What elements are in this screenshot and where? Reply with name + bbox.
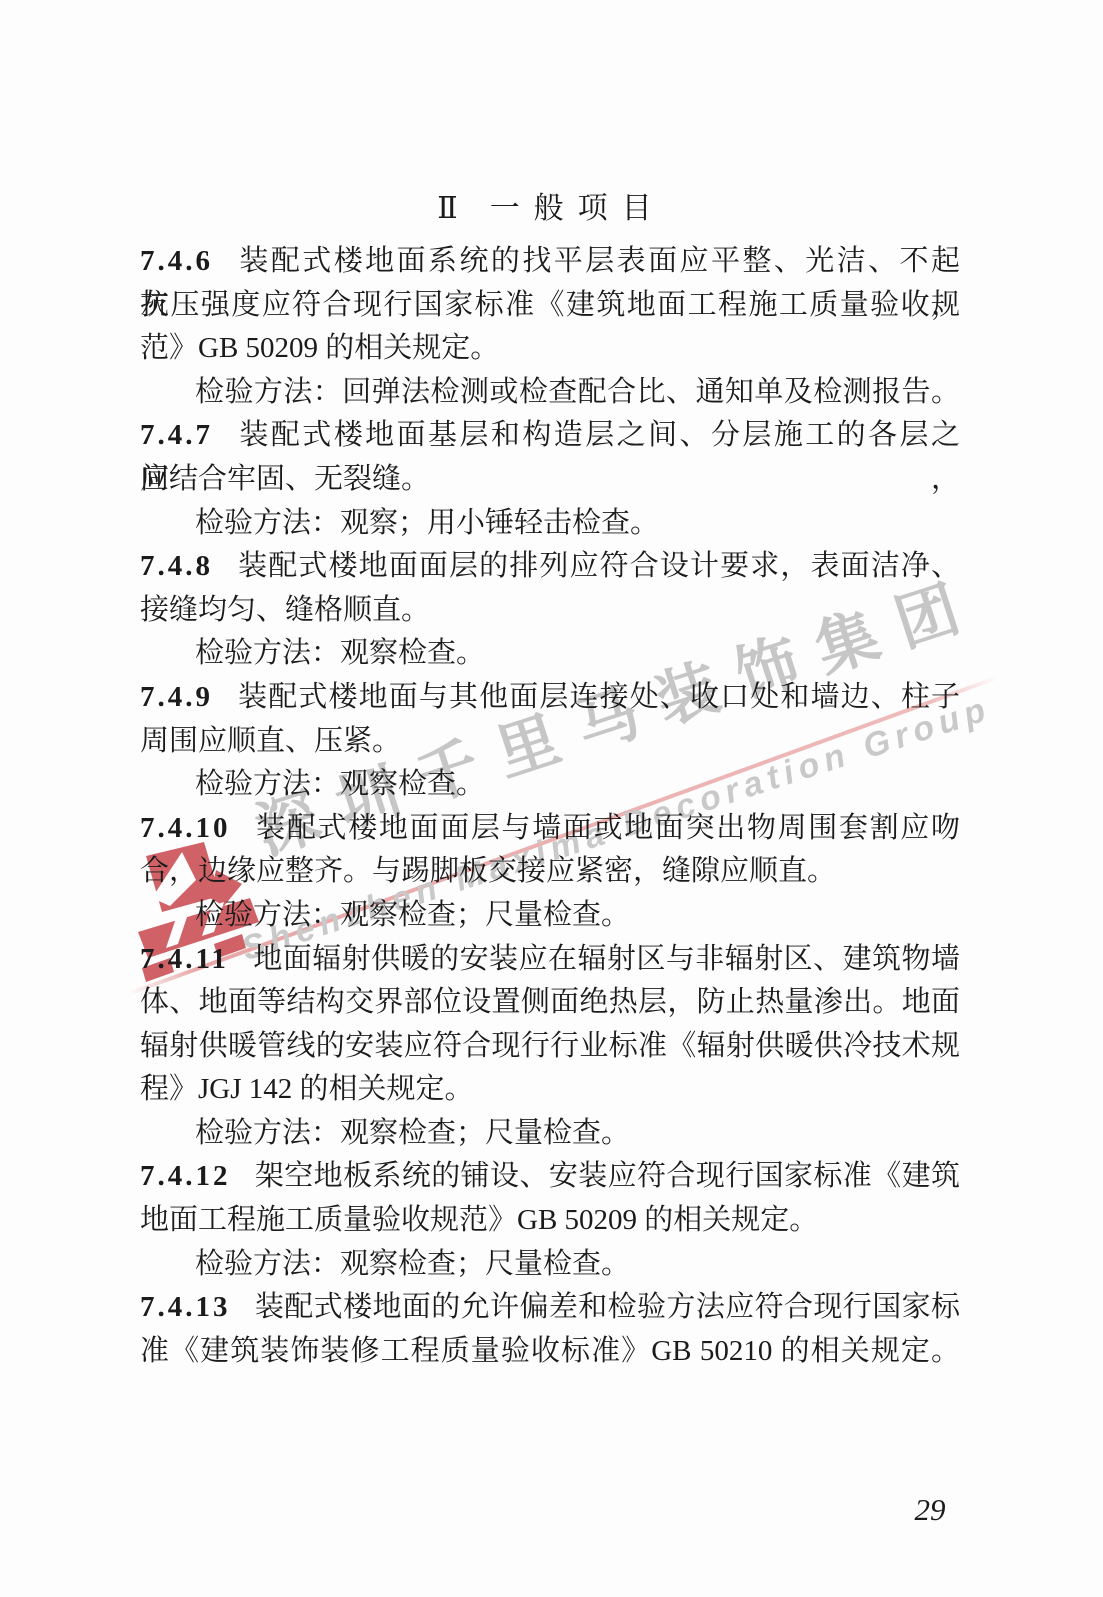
inspection-method-line: 检验方法：观察；用小锤轻击检查。 bbox=[140, 502, 960, 546]
section-numeral: Ⅱ bbox=[437, 192, 457, 225]
clause-line: 地面工程施工质量验收规范》GB 50209 的相关规定。 bbox=[140, 1199, 960, 1243]
clause-number: 7.4.9 bbox=[140, 681, 213, 713]
clause-number: 7.4.13 bbox=[140, 1291, 231, 1323]
clause-line: 程》JGJ 142 的相关规定。 bbox=[140, 1068, 960, 1112]
inspection-method-line: 检验方法：观察检查；尺量检查。 bbox=[140, 1243, 960, 1287]
clause-line: 7.4.10装配式楼地面面层与墙面或地面突出物周围套割应吻 bbox=[140, 807, 960, 851]
inspection-method-line: 检验方法：回弹法检测或检查配合比、通知单及检测报告。 bbox=[140, 371, 960, 415]
clause-line: 辐射供暖管线的安装应符合现行行业标准《辐射供暖供冷技术规 bbox=[140, 1025, 960, 1069]
section-heading: Ⅱ一般项目 bbox=[0, 191, 1103, 227]
clause-line: 周围应顺直、压紧。 bbox=[140, 720, 960, 764]
inspection-method-line: 检验方法：观察检查。 bbox=[140, 763, 960, 807]
page-number: 29 bbox=[890, 1492, 970, 1528]
clause-number: 7.4.6 bbox=[140, 245, 213, 277]
clause-text: 装配式楼地面面层与墙面或地面突出物周围套割应吻 bbox=[255, 812, 961, 844]
clause-line: 7.4.7装配式楼地面基层和构造层之间、分层施工的各层之间， bbox=[140, 414, 960, 458]
clause-line: 7.4.13装配式楼地面的允许偏差和检验方法应符合现行国家标 bbox=[140, 1286, 960, 1330]
clause-line: 7.4.6装配式楼地面系统的找平层表面应平整、光洁、不起灰， bbox=[140, 240, 960, 284]
clause-text-block: 7.4.6装配式楼地面系统的找平层表面应平整、光洁、不起灰， 抗压强度应符合现行… bbox=[140, 240, 960, 1373]
clause-line: 接缝均匀、缝格顺直。 bbox=[140, 589, 960, 633]
clause-number: 7.4.7 bbox=[140, 419, 213, 451]
inspection-method-line: 检验方法：观察检查；尺量检查。 bbox=[140, 894, 960, 938]
clause-line: 合，边缘应整齐。与踢脚板交接应紧密，缝隙应顺直。 bbox=[140, 850, 960, 894]
clause-line: 7.4.11地面辐射供暖的安装应在辐射区与非辐射区、建筑物墙 bbox=[140, 938, 960, 982]
clause-text: 地面辐射供暖的安装应在辐射区与非辐射区、建筑物墙 bbox=[253, 943, 960, 975]
clause-line: 准《建筑装饰装修工程质量验收标准》GB 50210 的相关规定。 bbox=[140, 1330, 960, 1374]
clause-line: 抗压强度应符合现行国家标准《建筑地面工程施工质量验收规 bbox=[140, 284, 960, 328]
clause-line: 7.4.9装配式楼地面与其他面层连接处、收口处和墙边、柱子 bbox=[140, 676, 960, 720]
section-title: 一般项目 bbox=[490, 192, 666, 225]
clause-text: 装配式楼地面面层的排列应符合设计要求，表面洁净、 bbox=[237, 550, 960, 582]
document-page: 深圳千里马装饰集团 Shenzhen Maxima Decoration Gro… bbox=[0, 0, 1103, 1597]
clause-line: 范》GB 50209 的相关规定。 bbox=[140, 327, 960, 371]
clause-text: 装配式楼地面的允许偏差和检验方法应符合现行国家标 bbox=[255, 1291, 961, 1323]
clause-text: 装配式楼地面与其他面层连接处、收口处和墙边、柱子 bbox=[237, 681, 960, 713]
clause-line: 7.4.12架空地板系统的铺设、安装应符合现行国家标准《建筑 bbox=[140, 1155, 960, 1199]
clause-number: 7.4.10 bbox=[140, 812, 231, 844]
inspection-method-line: 检验方法：观察检查；尺量检查。 bbox=[140, 1112, 960, 1156]
clause-line: 体、地面等结构交界部位设置侧面绝热层，防止热量渗出。地面 bbox=[140, 981, 960, 1025]
clause-text: 架空地板系统的铺设、安装应符合现行国家标准《建筑 bbox=[255, 1160, 961, 1192]
clause-number: 7.4.8 bbox=[140, 550, 213, 582]
clause-line: 7.4.8装配式楼地面面层的排列应符合设计要求，表面洁净、 bbox=[140, 545, 960, 589]
clause-number: 7.4.11 bbox=[140, 943, 229, 975]
inspection-method-line: 检验方法：观察检查。 bbox=[140, 632, 960, 676]
clause-number: 7.4.12 bbox=[140, 1160, 231, 1192]
